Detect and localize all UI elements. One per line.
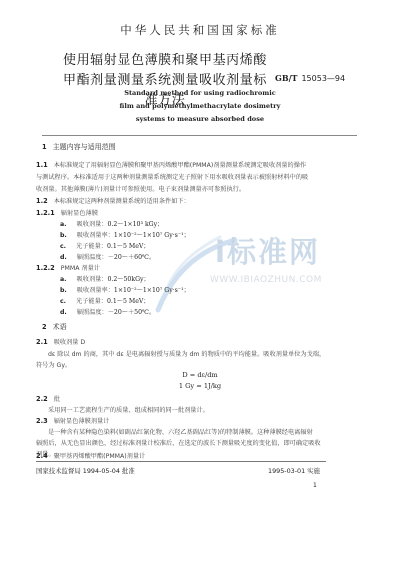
section-1-1-line3: 收剂量。其他薄膜(薄片)剂量计可参照使用。电子束剂量测量亦可参照执行。 <box>36 184 245 193</box>
section-2-3-line2: 辐照后，从无色显出颜色，经过标准剂量计校准后，在选定的波长下测量吸光度的变化值，… <box>36 438 321 447</box>
section-2-4-title-row: 2.4聚甲基丙烯酸甲酯(PMMA)剂量计 <box>36 451 145 460</box>
section-2-1-line1: dε 除以 dm 的商，其中 dε 是电离辐射授与质量为 dm 的物质中的平均能… <box>48 349 325 358</box>
page-number: 1 <box>313 482 317 489</box>
standard-number: GB/T15053—94 <box>275 73 345 83</box>
standard-code: 15053—94 <box>301 74 345 83</box>
approval-date: 国家技术监督局 1994-05-04 批准 <box>36 466 135 475</box>
formula-gray-unit: 1 Gy = 1J/kg <box>0 382 400 390</box>
watermark-url: WWW.IBIAOZHUN.COM <box>210 275 322 285</box>
section-1-2-1-heading: 1.2.1辐射显色薄膜 <box>36 208 98 217</box>
list-item: a.吸收剂量：0.2～50kGy； <box>60 274 150 283</box>
formula-absorbed-dose: D = dε/dm <box>0 371 400 379</box>
header-divider <box>42 135 357 136</box>
national-standard-heading: 中华人民共和国国家标准 <box>0 22 400 38</box>
implementation-date: 1995-03-01 实施 <box>268 466 320 475</box>
list-item: b.吸收剂量率：1×10⁻²～1×10⁷ Gy·s⁻¹； <box>60 285 190 294</box>
section-2-1-line2: 符号为 Gy。 <box>36 360 71 369</box>
title-cn-line1: 使用辐射显色薄膜和聚甲基丙烯酸 <box>60 51 270 71</box>
list-item: d.辐照温度：－20～＋50℃。 <box>60 307 155 316</box>
section-1-heading: 1主题内容与适用范围 <box>42 142 116 152</box>
section-2-2-heading: 2.2批 <box>36 394 60 403</box>
section-2-1-heading: 2.1吸收剂量 D <box>36 337 85 346</box>
list-item: b.吸收剂量率：1×10⁻²～1×10⁷ Gy·s⁻¹； <box>60 230 190 239</box>
title-en-line3: systems to measure absorbed dose <box>0 113 400 125</box>
title-en-line2: film and polymethylmethacrylate dosimetr… <box>0 100 400 112</box>
title-en-line1: Standard method for using radiochromic <box>0 87 400 99</box>
section-1-2: 1.2本标准规定这两种剂量测量系统的适用条件如下： <box>36 196 190 205</box>
section-2-3-line1: 是一种含有某种隐色染料(如副品红氰化物、六羟乙基副品红等)的特制薄膜。这种薄膜经… <box>48 427 313 436</box>
watermark-brand: i标准网 <box>215 230 320 271</box>
standard-prefix: GB/T <box>275 73 297 83</box>
section-2-2-text: 采用同一工艺流程生产的质量、组成相同的同一批剂量计。 <box>48 405 209 414</box>
footer-divider <box>36 461 326 462</box>
list-item: c.光子能量：0.1～5 MeV； <box>60 241 150 250</box>
list-item: d.辐照温度：－20～＋60℃。 <box>60 252 155 261</box>
section-1-1-line2: 与测试程序。本标准适用于这两种剂量测量系统测定光子照射下用水吸收剂量表示被照射材… <box>36 172 308 181</box>
section-1-1-line1: 1.1本标准规定了用辐射显色薄膜和聚甲基丙烯酸甲酯(PMMA)剂量测量系统测定吸… <box>36 160 306 169</box>
section-1-2-2-heading: 1.2.2PMMA 剂量计 <box>36 263 100 272</box>
section-2-3-heading: 2.3辐射显色薄膜剂量计 <box>36 416 109 425</box>
list-item: a.吸收剂量：0.2～1×10³ kGy； <box>60 219 163 228</box>
list-item: c.光子能量：0.1～5 MeV； <box>60 296 150 305</box>
section-2-heading: 2术语 <box>42 322 67 332</box>
